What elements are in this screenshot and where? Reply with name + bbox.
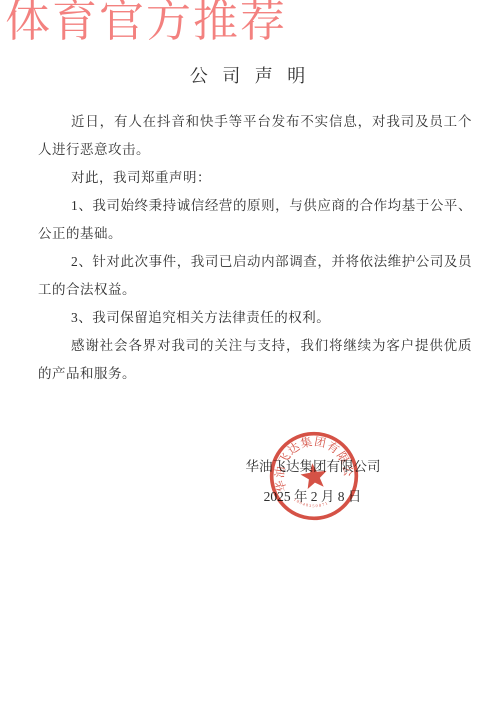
page-title: 公 司 声 明: [0, 62, 500, 88]
paragraph-declaration-lead: 对此，我司郑重声明：: [38, 164, 472, 192]
paragraph-intro: 近日，有人在抖音和快手等平台发布不实信息，对我司及员工个人进行恶意攻击。: [38, 108, 472, 164]
company-stamp: 华油飞达集团有限公司 18048350871: [262, 424, 366, 528]
paragraph-point-2: 2、针对此次事件，我司已启动内部调查，并将依法维护公司及员工的合法权益。: [38, 248, 472, 304]
statement-body: 近日，有人在抖音和快手等平台发布不实信息，对我司及员工个人进行恶意攻击。 对此，…: [38, 108, 472, 388]
paragraph-point-1: 1、我司始终秉持诚信经营的原则，与供应商的合作均基于公平、公正的基础。: [38, 192, 472, 248]
watermark-text: 体育官方推荐: [5, 0, 287, 45]
signature-company-name: 华油飞达集团有限公司: [243, 455, 383, 475]
stamp-border-circle: [266, 428, 362, 524]
signature-date: 2025 年 2 月 8 日: [250, 485, 375, 505]
paragraph-point-3: 3、我司保留追究相关方法律责任的权利。: [38, 304, 472, 332]
paragraph-thanks: 感谢社会各界对我司的关注与支持，我们将继续为客户提供优质的产品和服务。: [38, 332, 472, 388]
